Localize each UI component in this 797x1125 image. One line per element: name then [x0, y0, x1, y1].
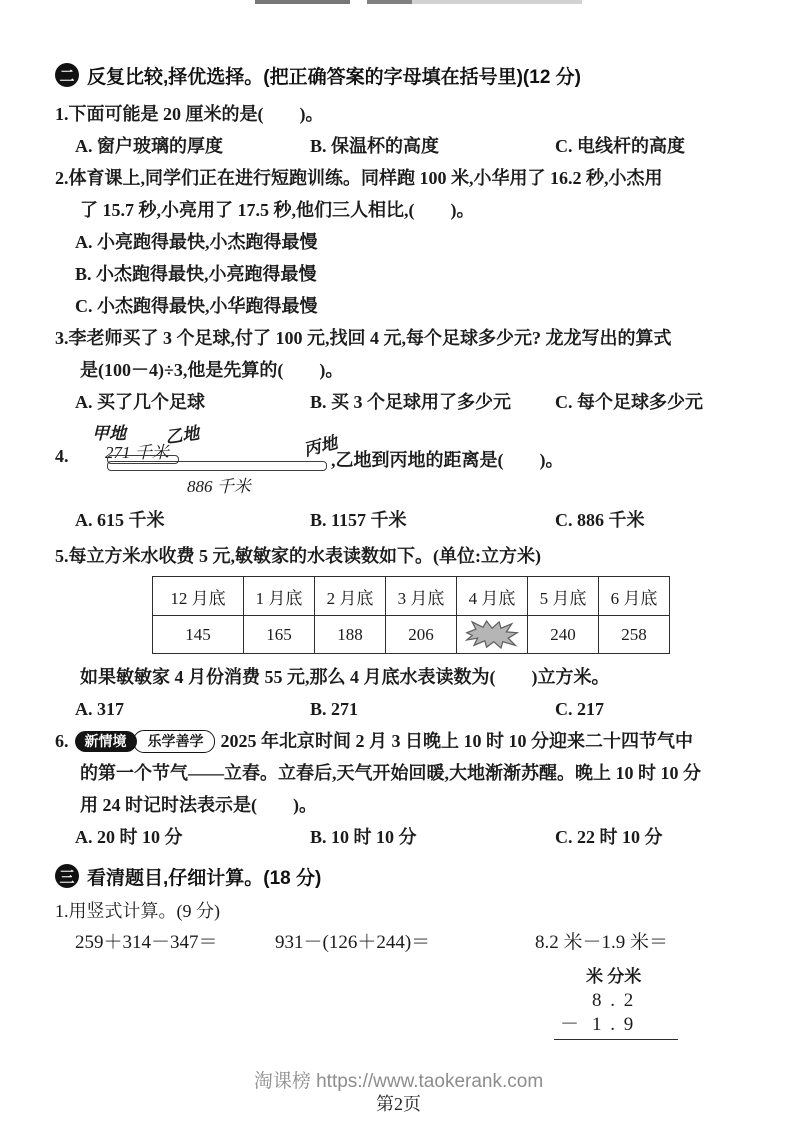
option-c: C. 217 [555, 693, 757, 725]
question-3-options: A. 买了几个足球 B. 买 3 个足球用了多少元 C. 每个足球多少元 [55, 386, 757, 418]
calc-subtitle: 1.用竖式计算。(9 分) [55, 895, 757, 927]
question-1-stem: 1.下面可能是 20 厘米的是( )。 [55, 98, 757, 130]
bracket-segment-886 [107, 461, 327, 471]
option-c: C. 22 时 10 分 [555, 821, 757, 853]
option-b: B. 保温杯的高度 [310, 130, 555, 162]
table-value-cell-obscured [457, 616, 528, 654]
table-header-cell: 1 月底 [244, 577, 315, 616]
question-4-number: 4. [55, 446, 69, 467]
subtraction-row: － 1 . 9 [554, 1013, 678, 1040]
distance-886-label: 886 千米 [187, 472, 251, 497]
table-header-cell: 6 月底 [599, 577, 670, 616]
ink-blot-icon [465, 620, 519, 650]
subtrahend: 1 . 9 [586, 1013, 635, 1039]
question-4-options: A. 615 千米 B. 1157 千米 C. 886 千米 [55, 504, 757, 536]
table-header-cell: 5 月底 [528, 577, 599, 616]
calc-expressions: 259＋314－347＝ 931－(126＋244)＝ 8.2 米－1.9 米＝ [55, 927, 757, 959]
table-value-cell: 206 [386, 616, 457, 654]
section-calc-header: 三 看清题目,仔细计算。(18 分) [55, 861, 757, 891]
question-5-stem: 5.每立方米水收费 5 元,敏敏家的水表读数如下。(单位:立方米) [55, 540, 757, 572]
question-2-stem-line2: 了 15.7 秒,小亮用了 17.5 秒,他们三人相比,( )。 [55, 194, 757, 226]
section-choice-header: 二 反复比较,择优选择。(把正确答案的字母填在括号里)(12 分) [55, 60, 757, 90]
question-6-stem-line3: 用 24 时记时法表示是( )。 [55, 789, 757, 821]
option-b: B. 买 3 个足球用了多少元 [310, 386, 555, 418]
option-b: B. 10 时 10 分 [310, 821, 555, 853]
table-header-row: 12 月底 1 月底 2 月底 3 月底 4 月底 5 月底 6 月底 [153, 577, 670, 616]
question-6-number: 6. [55, 725, 69, 757]
section-calc-title: 看清题目,仔细计算。(18 分) [87, 863, 321, 890]
table-header-cell: 12 月底 [153, 577, 244, 616]
minus-sign: － [560, 1013, 586, 1039]
table-value-cell: 188 [315, 616, 386, 654]
option-c: C. 每个足球多少元 [555, 386, 757, 418]
vertical-calculation: 米 分米 8 . 2 － 1 . 9 [560, 965, 678, 1040]
option-a: A. 窗户玻璃的厚度 [55, 130, 310, 162]
option-a: A. 615 千米 [55, 504, 310, 536]
table-value-cell: 240 [528, 616, 599, 654]
question-6-stem-line2: 的第一个节气——立春。立春后,天气开始回暖,大地渐渐苏醒。晚上 10 时 10 … [55, 757, 757, 789]
option-b: B. 271 [310, 693, 555, 725]
question-3-stem-line1: 3.李老师买了 3 个足球,付了 100 元,找回 4 元,每个足球多少元? 龙… [55, 322, 757, 354]
unit-header: 米 分米 [560, 965, 678, 989]
expression-1: 259＋314－347＝ [55, 927, 275, 959]
option-c: C. 电线杆的高度 [555, 130, 757, 162]
section-choice-title: 反复比较,择优选择。(把正确答案的字母填在括号里)(12 分) [87, 62, 581, 89]
option-b: B. 1157 千米 [310, 504, 555, 536]
question-5-note: 如果敏敏家 4 月份消费 55 元,那么 4 月底水表读数为( )立方米。 [55, 661, 757, 693]
table-header-cell: 3 月底 [386, 577, 457, 616]
page-number: 第2页 [0, 1090, 797, 1116]
test-paper-page: 二 反复比较,择优选择。(把正确答案的字母填在括号里)(12 分) 1.下面可能… [0, 0, 797, 1125]
table-header-cell: 4 月底 [457, 577, 528, 616]
question-2-stem-line1: 2.体育课上,同学们正在进行短跑训练。同样跑 100 米,小华用了 16.2 秒… [55, 162, 757, 194]
question-3-stem-line2: 是(100－4)÷3,他是先算的( )。 [55, 354, 757, 386]
question-1-options: A. 窗户玻璃的厚度 B. 保温杯的高度 C. 电线杆的高度 [55, 130, 757, 162]
question-6-stem-text: 2025 年北京时间 2 月 3 日晚上 10 时 10 分迎来二十四节气中 [221, 725, 694, 757]
expression-2: 931－(126＋244)＝ [275, 927, 515, 959]
option-b: B. 小杰跑得最快,小亮跑得最慢 [55, 258, 757, 290]
option-a: A. 20 时 10 分 [55, 821, 310, 853]
question-4: 4. 甲地 乙地 丙地 271 千米 886 千米 ,乙地到丙地的距离是( )。 [55, 418, 757, 498]
minuend: 8 . 2 [560, 989, 678, 1013]
expression-3: 8.2 米－1.9 米＝ [515, 927, 757, 959]
question-4-stem: ,乙地到丙地的距离是( )。 [331, 446, 564, 472]
table-header-cell: 2 月底 [315, 577, 386, 616]
question-6-stem-line1: 6. 新情境 乐学善学 2025 年北京时间 2 月 3 日晚上 10 时 10… [55, 725, 757, 757]
water-meter-table: 12 月底 1 月底 2 月底 3 月底 4 月底 5 月底 6 月底 145 … [152, 576, 670, 654]
table-value-row: 145 165 188 206 240 258 [153, 616, 670, 654]
badge-new-scenario: 新情境 [75, 731, 137, 752]
watermark: 淘课榜 https://www.taokerank.com [0, 1066, 797, 1093]
option-c: C. 小杰跑得最快,小华跑得最慢 [55, 290, 757, 322]
option-a: A. 买了几个足球 [55, 386, 310, 418]
table-value-cell: 145 [153, 616, 244, 654]
section-three-icon: 三 [55, 864, 79, 888]
option-a: A. 小亮跑得最快,小杰跑得最慢 [55, 226, 757, 258]
badge-happy-learning: 乐学善学 [133, 730, 215, 753]
table-value-cell: 258 [599, 616, 670, 654]
option-c: C. 886 千米 [555, 504, 757, 536]
question-5-options: A. 317 B. 271 C. 217 [55, 693, 757, 725]
table-value-cell: 165 [244, 616, 315, 654]
section-two-icon: 二 [55, 63, 79, 87]
option-a: A. 317 [55, 693, 310, 725]
question-6-options: A. 20 时 10 分 B. 10 时 10 分 C. 22 时 10 分 [55, 821, 757, 853]
